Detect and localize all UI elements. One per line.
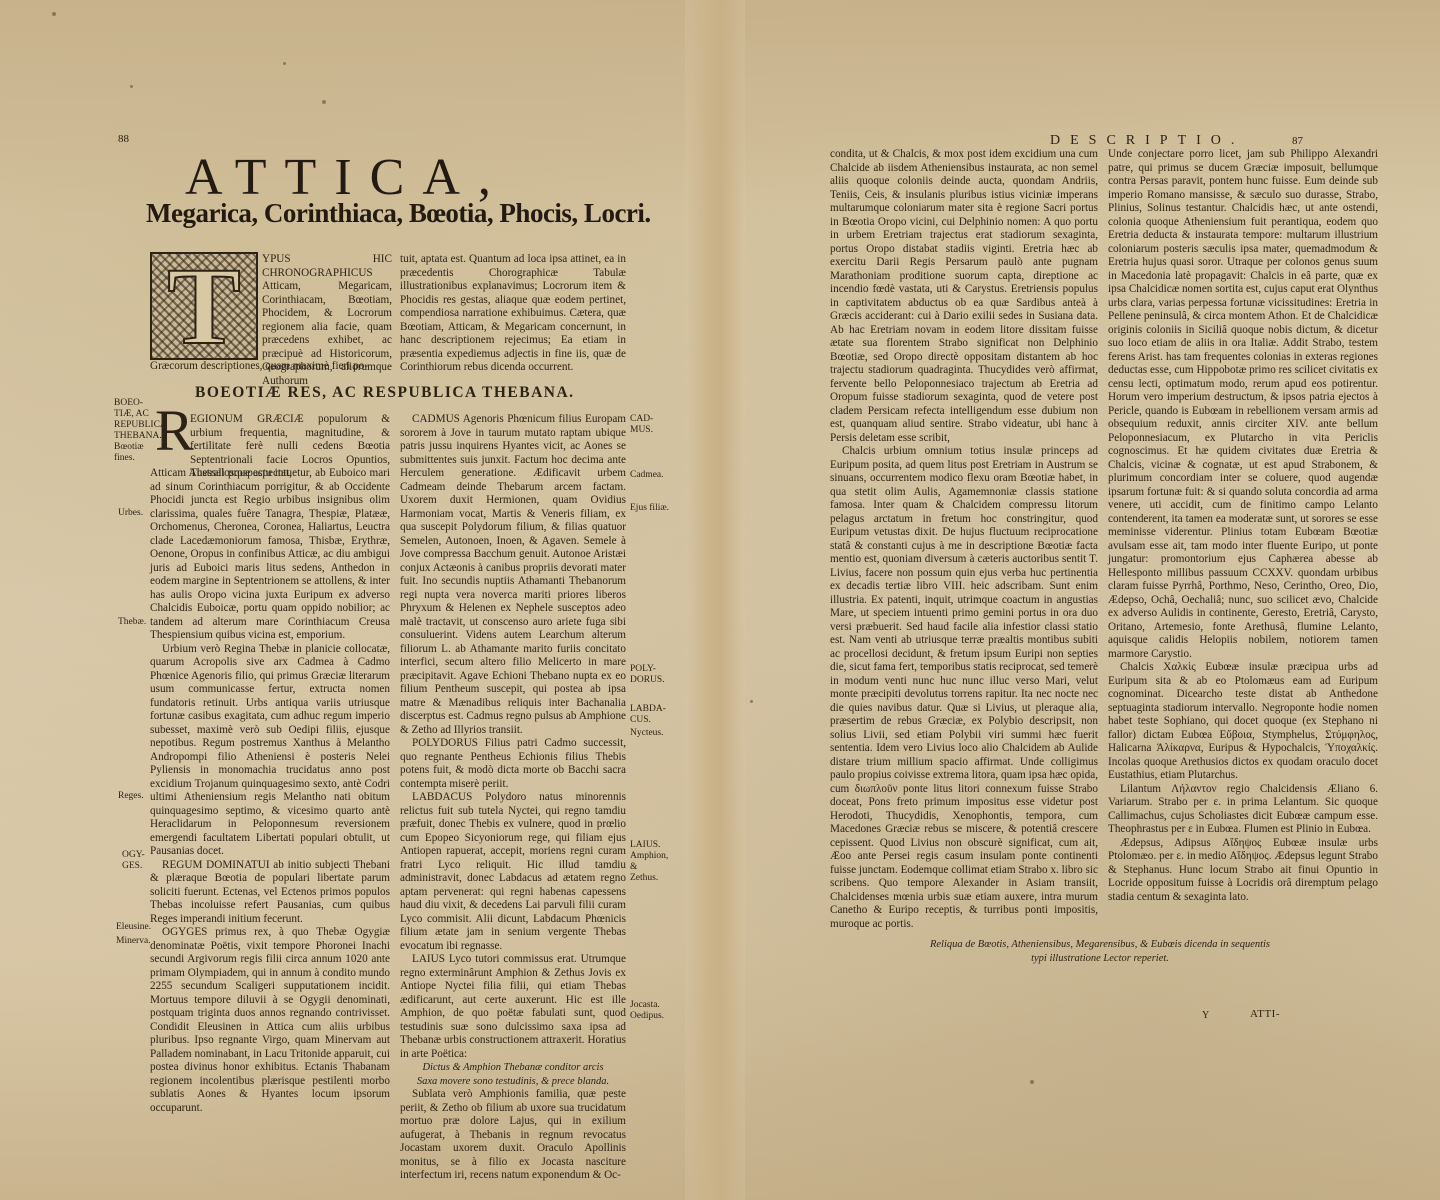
margin-note-ogyges: OGY-GES. bbox=[122, 850, 148, 872]
signature-mark: Y bbox=[1202, 1010, 1209, 1021]
left-page: 88 ATTICA, Megarica, Corinthiaca, Bœotia… bbox=[0, 0, 700, 1200]
intro-continuation: Græcorum descriptiones, quam maximè fier… bbox=[150, 360, 392, 374]
section-heading: BOEOTIÆ RES, AC RESPUBLICA THEBANA. bbox=[195, 384, 615, 402]
running-head: DESCRIPTIO. bbox=[1050, 133, 1244, 149]
margin-note-polydorus: POLY-DORUS. bbox=[630, 664, 662, 686]
closing-note: Reliqua de Bœotis, Atheniensibus, Megare… bbox=[840, 938, 1360, 966]
paragraph: LABDACUS Polydoro natus minorennis relic… bbox=[400, 791, 626, 953]
margin-note-reges: Reges. bbox=[118, 791, 144, 802]
margin-note-nycteus: Nycteus. bbox=[630, 728, 664, 739]
paragraph: Chalcis urbium omnium totius insulæ prin… bbox=[830, 445, 1098, 931]
margin-note-cadmea: Cadmea. bbox=[630, 470, 664, 481]
page-number: 87 bbox=[1292, 135, 1303, 147]
paragraph: POLYDORUS Filius patri Cadmo successit, … bbox=[400, 737, 626, 791]
margin-note-minerva: Minerva. bbox=[116, 936, 151, 947]
page-number: 88 bbox=[118, 133, 129, 145]
margin-note-laius: LAIUS. Amphion, & Zethus. bbox=[630, 840, 666, 884]
left-text-column: Atticam Australi prospectu intuetur, ab … bbox=[150, 467, 390, 1115]
paragraph: Lilantum Λήλαντον regio Chalcidensis Æli… bbox=[1108, 783, 1378, 837]
paragraph: Chalcis Χαλκὶς Eubœæ insulæ præcipua urb… bbox=[1108, 661, 1378, 783]
margin-note-ejus-filiae: Ejus filiæ. bbox=[630, 503, 669, 514]
page-subtitle: Megarica, Corinthiaca, Bœotia, Phocis, L… bbox=[146, 198, 666, 229]
intro-right-column: tuit, aptata est. Quantum ad loca ipsa a… bbox=[400, 253, 626, 375]
ornamental-initial: T bbox=[150, 252, 258, 360]
right-page: DESCRIPTIO. 87 condita, ut & Chalcis, & … bbox=[740, 0, 1440, 1200]
margin-note-labdacus: LABDA-CUS. bbox=[630, 704, 662, 726]
right-text-column-b: Unde conjectare porro licet, jam sub Phi… bbox=[1108, 148, 1378, 904]
margin-note-jocasta: Jocasta. Oedipus. bbox=[630, 1000, 666, 1022]
book-spread: 88 ATTICA, Megarica, Corinthiaca, Bœotia… bbox=[0, 0, 1440, 1200]
margin-note-thebae: Thebæ. bbox=[118, 617, 146, 628]
paragraph: Unde conjectare porro licet, jam sub Phi… bbox=[1108, 148, 1378, 661]
paragraph: LAIUS Lyco tutori commissus erat. Utrumq… bbox=[400, 953, 626, 1061]
paragraph: Urbium verò Regina Thebæ in planicie col… bbox=[150, 643, 390, 859]
paragraph: Ædepsus, Adipsus Αἴδηψος Eubœæ insulæ ur… bbox=[1108, 837, 1378, 905]
paragraph: Sublata verò Amphionis familia, quæ pest… bbox=[400, 1088, 626, 1183]
margin-note-cadmus: CAD-MUS. bbox=[630, 414, 664, 436]
margin-note-boeotia: BOEO-TIÆ, AC REPUBLICA THEBANA. Bœotiæ f… bbox=[114, 398, 150, 464]
paragraph: REGUM DOMINATUI ab initio subjecti Theba… bbox=[150, 859, 390, 927]
paragraph: condita, ut & Chalcis, & mox post idem e… bbox=[830, 148, 1098, 445]
paragraph: Atticam Australi prospectu intuetur, ab … bbox=[150, 467, 390, 643]
verse-line: Dictus & Amphion Thebanæ conditor arcis bbox=[400, 1061, 626, 1075]
paragraph: OGYGES primus rex, à quo Thebæ Ogygiæ de… bbox=[150, 926, 390, 1115]
margin-note-eleusine: Eleusine. bbox=[116, 922, 151, 933]
catchword: ATTI- bbox=[1250, 1008, 1280, 1020]
right-text-column-a: condita, ut & Chalcis, & mox post idem e… bbox=[830, 148, 1098, 931]
verse-line: Saxa movere sono testudinis, & prece bla… bbox=[400, 1075, 626, 1089]
paragraph: CADMUS Agenoris Phœnicum filius Europam … bbox=[400, 413, 626, 737]
middle-text-column: CADMUS Agenoris Phœnicum filius Europam … bbox=[400, 413, 626, 1183]
margin-note-urbes: Urbes. bbox=[118, 508, 143, 519]
ornamental-initial-letter: T bbox=[167, 251, 240, 361]
